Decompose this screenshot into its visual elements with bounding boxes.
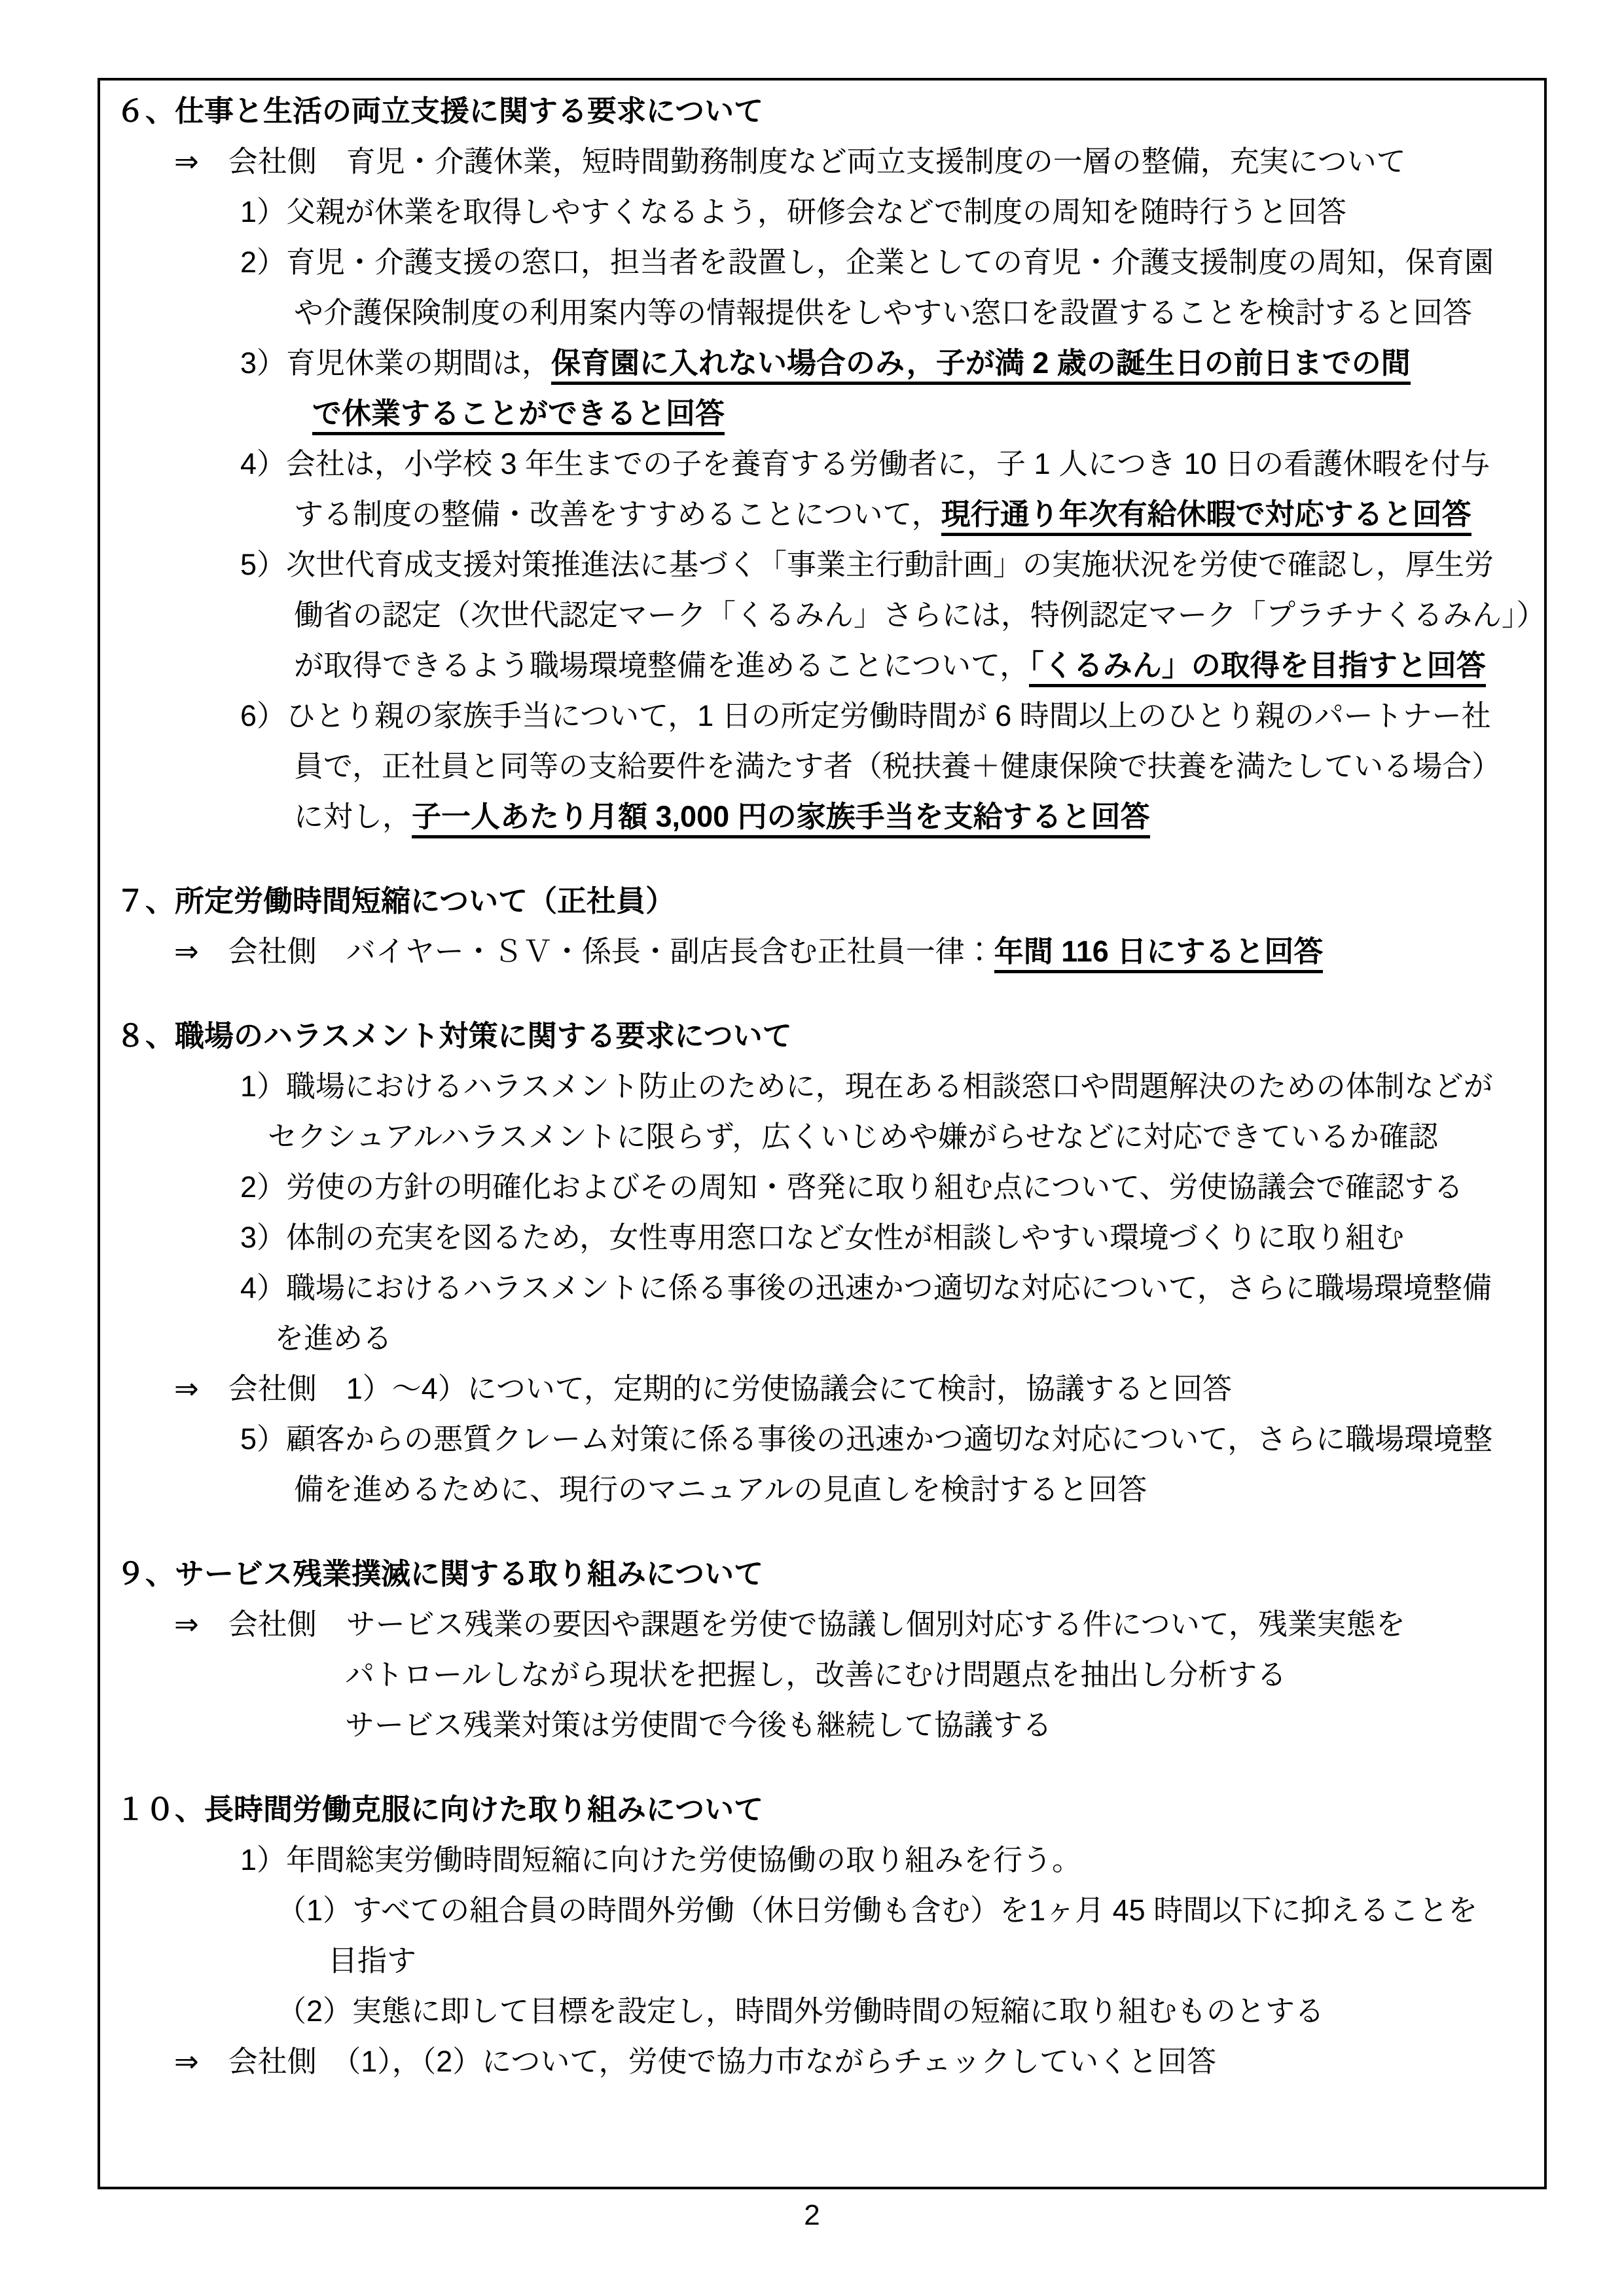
s8-item-2: 2）労使の方針の明確化およびその周知・啓発に取り組む点について、労使協議会で確認…: [240, 1162, 1532, 1212]
s9-company-response: ⇒ 会社側 サービス残業の要因や課題を労使で協議し個別対応する件について，残業実…: [174, 1599, 1532, 1649]
s6-item-5-cont1: 働省の認定（次世代認定マーク「くるみん」さらには，特例認定マーク「プラチナくるみ…: [294, 590, 1532, 640]
s6-item-4-underlined: 現行通り年次有給休暇で対応すると回答: [941, 497, 1471, 536]
s6-item-4-plain: する制度の整備・改善をすすめることについて，: [294, 497, 941, 531]
s6-item-3-cont: で休業することができると回答: [312, 388, 1532, 439]
s10-item-1: 1）年間総実労働時間短縮に向けた労使協働の取り組みを行う。: [240, 1835, 1532, 1885]
s6-item-6-underlined: 子一人あたり月額 3,000 円の家族手当を支給すると回答: [412, 800, 1150, 838]
s8-item-3: 3）体制の充実を図るため，女性専用窓口など女性が相談しやすい環境づくりに取り組む: [240, 1212, 1532, 1263]
s6-item-4-cont: する制度の整備・改善をすすめることについて，現行通り年次有給休暇で対応すると回答: [294, 489, 1532, 539]
s6-item-4: 4）会社は，小学校 3 年生までの子を養育する労働者に，子 1 人につき 10 …: [240, 439, 1532, 489]
page-number: 2: [0, 2199, 1624, 2232]
section-6-title: ６、仕事と生活の両立支援に関する要求について: [116, 86, 1532, 136]
s6-item-6: 6）ひとり親の家族手当について，1 日の所定労働時間が 6 時間以上のひとり親の…: [240, 691, 1532, 741]
s6-item-5-plain: が取得できるよう職場環境整備を進めることについて，: [294, 649, 1029, 682]
s6-item-2: 2）育児・介護支援の窓口，担当者を設置し，企業としての育児・介護支援制度の周知，…: [240, 237, 1532, 287]
s9-response-cont2: サービス残業対策は労使間で今後も継続して協議する: [345, 1700, 1532, 1750]
s10-item-1-2: （2）実態に即して目標を設定し，時間外労働時間の短縮に取り組むものとする: [277, 1986, 1532, 2036]
s6-company-response: ⇒ 会社側 育児・介護休業，短時間勤務制度など両立支援制度の一層の整備，充実につ…: [174, 136, 1532, 187]
s6-item-5-underlined: 「くるみん」の取得を目指すと回答: [1029, 649, 1486, 687]
s10-item-1-1-cont: 目指す: [328, 1935, 1532, 1986]
s6-item-2-cont: や介護保険制度の利用案内等の情報提供をしやすい窓口を設置することを検討すると回答: [294, 287, 1532, 338]
s8-company-response: ⇒ 会社側 1）～4）について，定期的に労使協議会にて検討，協議すると回答: [174, 1363, 1532, 1414]
s7-response-plain: ⇒ 会社側 バイヤー・ＳＶ・係長・副店長含む正社員一律：: [174, 935, 994, 968]
s6-item-1: 1）父親が休業を取得しやすくなるよう，研修会などで制度の周知を随時行うと回答: [240, 187, 1532, 237]
s6-item-5-cont2: が取得できるよう職場環境整備を進めることについて，「くるみん」の取得を目指すと回…: [294, 640, 1532, 691]
s8-item-4: 4）職場におけるハラスメントに係る事後の迅速かつ適切な対応について，さらに職場環…: [240, 1263, 1532, 1313]
document-border: ６、仕事と生活の両立支援に関する要求について ⇒ 会社側 育児・介護休業，短時間…: [98, 78, 1547, 2189]
s6-item-6-plain: に対し，: [294, 800, 412, 833]
s6-item-3-cont-underlined: で休業することができると回答: [312, 397, 725, 435]
s8-item-4-cont: を進める: [274, 1313, 1532, 1363]
section-8-title: ８、職場のハラスメント対策に関する要求について: [116, 1011, 1532, 1061]
s8-item-1-cont: セクシュアルハラスメントに限らず，広くいじめや嫌がらせなどに対応できているか確認: [268, 1111, 1532, 1162]
s8-item-5-cont: 備を進めるために、現行のマニュアルの見直しを検討すると回答: [294, 1464, 1532, 1515]
page: { "page_number": "2", "doc": { "s6": { "…: [0, 0, 1624, 2296]
s8-item-1: 1）職場におけるハラスメント防止のために，現在ある相談窓口や問題解決のための体制…: [240, 1061, 1532, 1111]
section-7-title: ７、所定労働時間短縮について（正社員）: [116, 876, 1532, 926]
s6-item-6-cont1: 員で，正社員と同等の支給要件を満たす者（税扶養＋健康保険で扶養を満たしている場合…: [294, 741, 1532, 791]
section-9-title: ９、サービス残業撲滅に関する取り組みについて: [116, 1549, 1532, 1599]
s6-item-5: 5）次世代育成支援対策推進法に基づく「事業主行動計画」の実施状況を労使で確認し，…: [240, 539, 1532, 590]
s6-item-3-plain: 3）育児休業の期間は，: [240, 346, 551, 380]
s6-item-3: 3）育児休業の期間は，保育園に入れない場合のみ，子が満 2 歳の誕生日の前日まで…: [240, 338, 1532, 388]
s6-item-6-cont2: に対し，子一人あたり月額 3,000 円の家族手当を支給すると回答: [294, 791, 1532, 842]
s10-company-response: ⇒ 会社側 （1），（2）について，労使で協力市ながらチェックしていくと回答: [174, 2036, 1532, 2087]
s7-response-underlined: 年間 116 日にすると回答: [994, 935, 1324, 973]
s7-company-response: ⇒ 会社側 バイヤー・ＳＶ・係長・副店長含む正社員一律：年間 116 日にすると…: [174, 926, 1532, 977]
s8-item-5: 5）顧客からの悪質クレーム対策に係る事後の迅速かつ適切な対応について，さらに職場…: [240, 1414, 1532, 1464]
s10-item-1-1: （1）すべての組合員の時間外労働（休日労働も含む）を1ヶ月 45 時間以下に抑え…: [277, 1885, 1532, 1935]
s9-response-cont1: パトロールしながら現状を把握し，改善にむけ問題点を抽出し分析する: [345, 1649, 1532, 1700]
section-10-title: １０、長時間労働克服に向けた取り組みについて: [116, 1784, 1532, 1835]
s6-item-3-underlined: 保育園に入れない場合のみ，子が満 2 歳の誕生日の前日までの間: [551, 346, 1411, 385]
